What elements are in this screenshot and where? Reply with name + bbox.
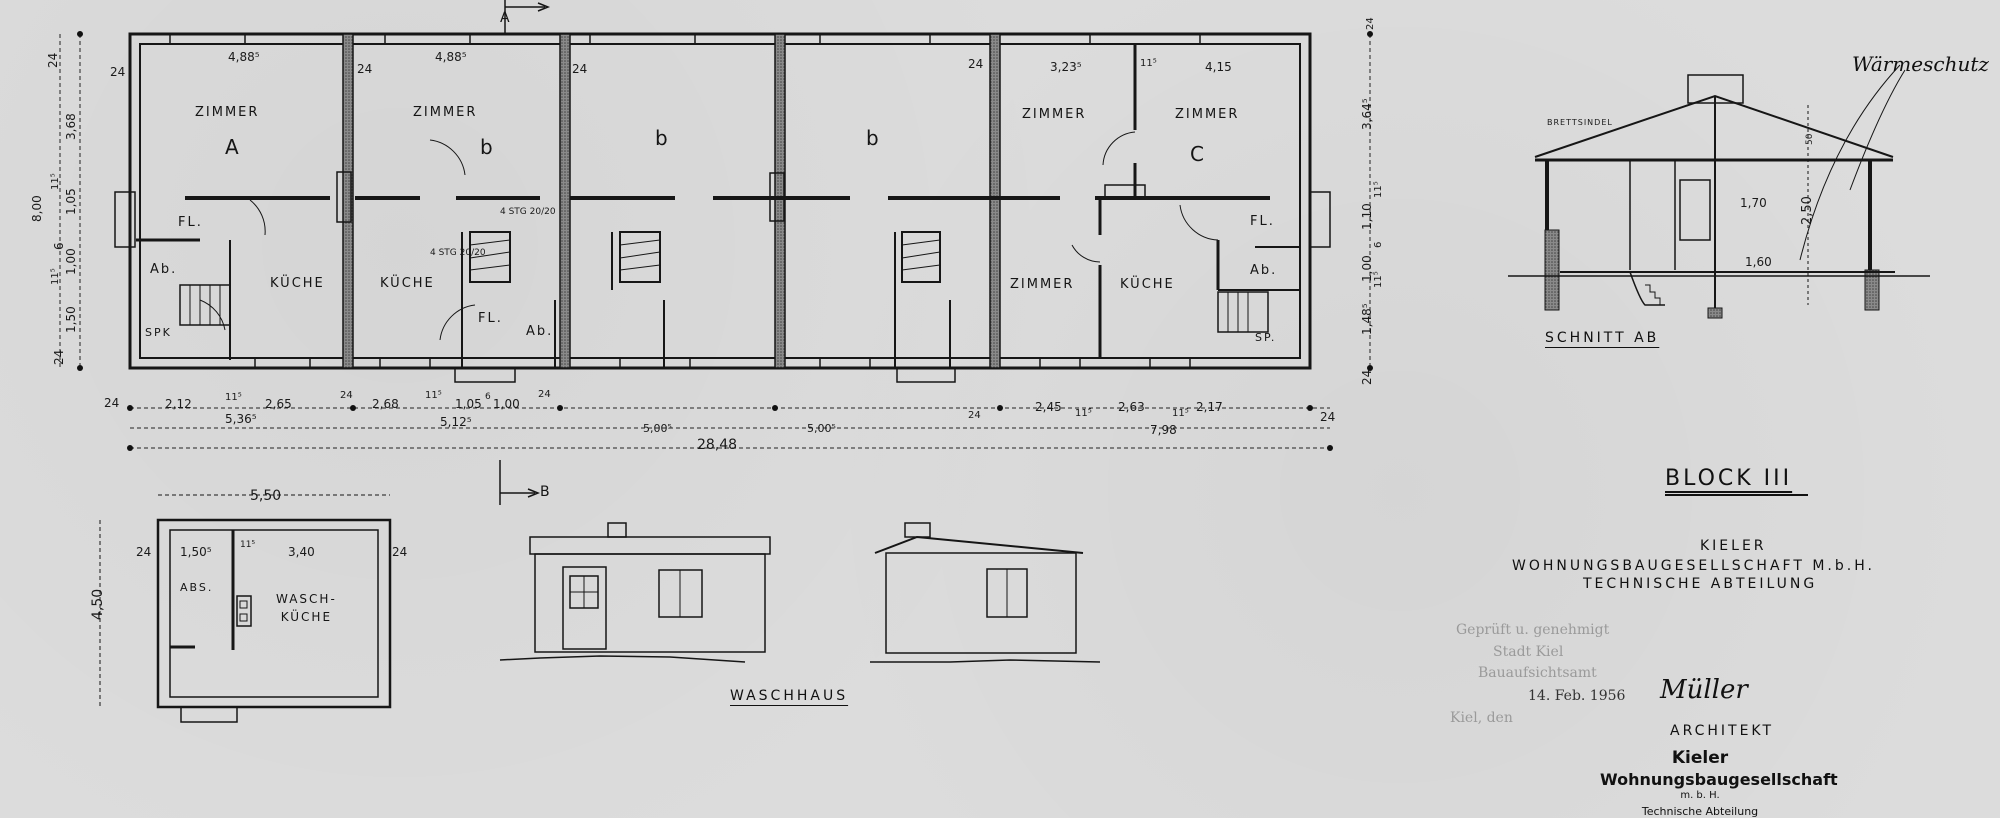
dim-bottom-10: 24 <box>538 389 551 400</box>
dim-bottom-13: 11⁵ <box>1075 408 1092 419</box>
room-label-zimmer-c3: ZIMMER <box>1010 277 1074 292</box>
room-label-abstell: ABS. <box>180 581 213 594</box>
dim-top-4: 24 <box>572 62 587 76</box>
dim-left-7: 1,50 <box>64 306 78 333</box>
stair-note-2: 4 STG 20/20 <box>430 248 486 258</box>
company-stamp-line-2: Wohnungsbaugesellschaft <box>1600 770 1800 789</box>
room-label-speisekammer-a: SPK <box>145 326 172 339</box>
dim-left-1: 3,68 <box>64 113 78 140</box>
dim-total-length: 28,48 <box>697 437 737 453</box>
dim-right-4: 6 <box>1373 242 1384 248</box>
unit-label-b3: b <box>866 126 879 150</box>
company-stamp-line-3: m. b. H. <box>1650 790 1750 801</box>
dim-bottom-11: 24 <box>968 410 981 421</box>
title-kieler: KIELER <box>1700 538 1767 554</box>
dim-bottom-3: 2,65 <box>265 397 292 411</box>
dim-bottom-7: 1,05 <box>455 397 482 411</box>
dim-bottom-1: 2,12 <box>165 397 192 411</box>
washhouse-width: 5,50 <box>250 488 281 504</box>
room-label-waschkueche: WASCH- KÜCHE <box>276 590 337 626</box>
unit-label-b1: b <box>480 135 493 159</box>
room-label-flur-a: FL. <box>178 215 203 230</box>
room-label-flur-c: FL. <box>1250 214 1275 229</box>
wh-dim-1: 1,50⁵ <box>180 545 212 559</box>
dim-bottom-4: 24 <box>340 390 353 401</box>
dim-top-0: 24 <box>110 65 125 79</box>
dim-left-total: 8,00 <box>30 195 44 222</box>
architect-label: ARCHITEKT <box>1670 723 1774 739</box>
dim-bottom-17: 24 <box>1320 410 1335 424</box>
stamp-line-5: Kiel, den <box>1450 710 1513 726</box>
room-label-abort-b: Ab. <box>526 324 553 339</box>
washhouse-elevations <box>500 523 1100 662</box>
washhouse-plan <box>100 495 390 722</box>
room-label-zimmer-c2: ZIMMER <box>1175 107 1239 122</box>
dim-left-5: 11⁵ <box>50 268 61 285</box>
dim-row2-3: 5,00⁵ <box>807 422 836 435</box>
dim-left-0: 24 <box>46 53 60 68</box>
dim-right-1: 3,64⁵ <box>1360 98 1374 130</box>
unit-label-b2: b <box>655 126 668 150</box>
dim-top-6: 3,23⁵ <box>1050 60 1082 74</box>
dim-left-6: 1,00 <box>64 248 78 275</box>
dim-row2-4: 7,98 <box>1150 423 1177 437</box>
dim-right-3: 1,10 <box>1360 203 1374 230</box>
room-label-kueche-a: KÜCHE <box>270 276 325 291</box>
dim-right-0: 24 <box>1365 17 1376 30</box>
dim-top-7: 11⁵ <box>1140 58 1157 69</box>
dim-bottom-12: 2,45 <box>1035 400 1062 414</box>
dim-top-2: 24 <box>357 62 372 76</box>
section-dim-2: 2,50 <box>1800 196 1815 225</box>
room-label-kueche-b: KÜCHE <box>380 276 435 291</box>
block-title: BLOCK III <box>1665 466 1792 491</box>
dim-row2-2: 5,00⁵ <box>643 422 672 435</box>
wh-dim-4: 24 <box>392 545 407 559</box>
stamp-line-4: 14. Feb. 1956 <box>1528 688 1625 704</box>
unit-label-a: A <box>225 135 239 159</box>
dim-top-3: 4,88⁵ <box>435 50 467 64</box>
dim-bottom-16: 2,17 <box>1196 400 1223 414</box>
dim-left-3: 1,05 <box>64 188 78 215</box>
dim-left-8: 24 <box>52 350 66 365</box>
handwritten-note: Wärmeschutz <box>1852 52 1989 76</box>
wh-dim-0: 24 <box>136 545 151 559</box>
wh-dim-2: 11⁵ <box>240 540 255 550</box>
stair-note-1: 4 STG 20/20 <box>500 207 556 217</box>
room-label-flur-b: FL. <box>478 311 503 326</box>
dim-right-7: 1,48⁵ <box>1360 303 1374 335</box>
room-label-zimmer-b: ZIMMER <box>413 105 477 120</box>
dim-left-2: 11⁵ <box>50 173 61 190</box>
dim-bottom-8: 6 <box>485 392 491 402</box>
title-department: TECHNISCHE ABTEILUNG <box>1583 576 1817 592</box>
section-dim-1: 1,70 <box>1740 196 1767 210</box>
section-dim-3: 1,60 <box>1745 255 1772 269</box>
architect-signature: Müller <box>1660 675 1748 705</box>
wh-dim-3: 3,40 <box>288 545 315 559</box>
unit-label-c: C <box>1190 142 1204 166</box>
company-stamp-line-1: Kieler <box>1650 748 1750 768</box>
dim-bottom-14: 2,63 <box>1118 400 1145 414</box>
room-label-zimmer-c1: ZIMMER <box>1022 107 1086 122</box>
section-dim-4: 50 <box>1805 134 1815 145</box>
company-stamp-line-4: Technische Abteilung <box>1620 805 1780 818</box>
stamp-line-1: Geprüft u. genehmigt <box>1456 622 1609 638</box>
dim-bottom-0: 24 <box>104 396 119 410</box>
dim-right-5: 1,00 <box>1360 255 1374 282</box>
room-label-kueche-c: KÜCHE <box>1120 277 1175 292</box>
room-label-speisekammer-c: SP. <box>1255 331 1276 344</box>
dim-bottom-5: 2,68 <box>372 397 399 411</box>
title-company: WOHNUNGSBAUGESELLSCHAFT M.b.H. <box>1512 558 1875 574</box>
section-drawing <box>1508 65 1930 318</box>
dim-top-8: 4,15 <box>1205 60 1232 74</box>
stamp-line-2: Stadt Kiel <box>1493 644 1563 660</box>
dim-top-1: 4,88⁵ <box>228 50 260 64</box>
drawing-sheet: A B ZIMMER ZIMMER ZIMMER ZIMMER ZIMMER A… <box>0 0 2000 818</box>
section-marker-b: B <box>540 484 550 500</box>
dim-right-6: 11⁵ <box>1373 271 1384 288</box>
dim-bottom-9: 1,00 <box>493 397 520 411</box>
dim-right-2: 11⁵ <box>1373 181 1384 198</box>
stamp-line-3: Bauaufsichtsamt <box>1478 665 1597 681</box>
section-marker-a: A <box>500 10 510 26</box>
dim-right-8: 24 <box>1360 370 1374 385</box>
roof-note: BRETTSINDEL <box>1547 118 1613 127</box>
dim-row2-0: 5,36⁵ <box>225 412 257 426</box>
dim-top-5: 24 <box>968 57 983 71</box>
dim-bottom-6: 11⁵ <box>425 390 442 401</box>
section-caption: SCHNITT AB <box>1545 330 1659 346</box>
room-label-abort-a: Ab. <box>150 262 177 277</box>
dim-bottom-15: 11⁵ <box>1172 408 1189 419</box>
washhouse-caption: WASCHHAUS <box>730 688 848 704</box>
room-label-abort-c: Ab. <box>1250 263 1277 278</box>
dim-bottom-2: 11⁵ <box>225 392 242 403</box>
dim-row2-1: 5,12⁵ <box>440 415 472 429</box>
washhouse-depth: 4,50 <box>90 589 106 620</box>
room-label-zimmer-a: ZIMMER <box>195 105 259 120</box>
